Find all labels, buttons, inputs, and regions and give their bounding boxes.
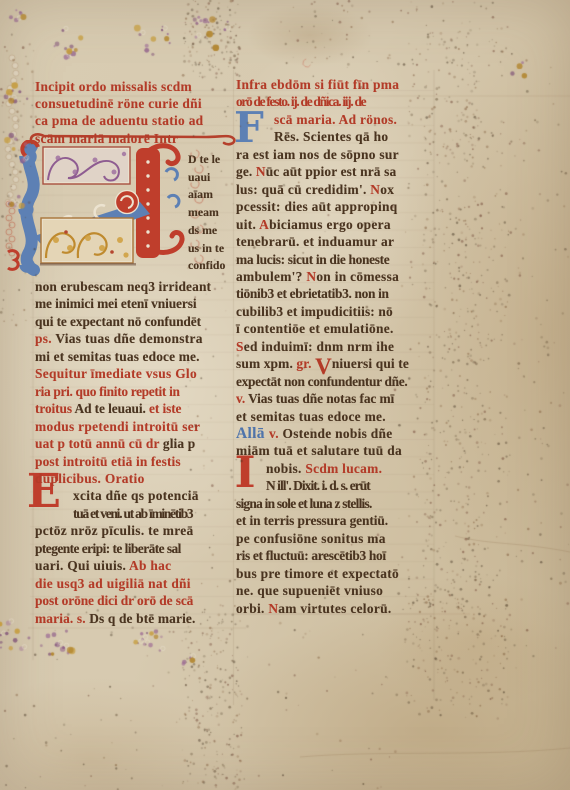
text-line: ria pri. quo finito repetit in: [35, 383, 180, 400]
text-line: v. Vias tuas dñe notas fac mī: [236, 390, 394, 407]
text-line: post introitū etiā in festis: [35, 453, 181, 470]
text-line: Sequitur īmediate vsus Glo: [35, 365, 197, 382]
text-line: qui te expectant nō confundēt: [35, 313, 201, 330]
text-line: orbi. Nam virtutes celorū.: [236, 600, 391, 617]
text-line: us in te: [188, 240, 224, 256]
text-line: tuā et veni. ut ab īminētib3: [73, 505, 192, 522]
manuscript-page: E F I Incipit ordo missalis scdmconsuetu…: [0, 0, 570, 790]
text-line: nobis. Scdm lucam.: [266, 460, 382, 477]
text-line: aīam: [188, 186, 213, 202]
text-line: N ill'. Dixit. i. d. s. erūt: [266, 477, 370, 494]
text-line: duplicibus. Oratio: [35, 470, 145, 487]
text-line: lus: quā cū credidim'. Nox: [236, 181, 394, 198]
text-line: meam: [188, 204, 219, 220]
text-line: Sed induimī: dnm nrm ihe: [236, 338, 394, 355]
text-line: ge. Nūc aūt ppior est nrā sa: [236, 163, 396, 180]
text-line: cubilib3 et impudicitiis: nō: [236, 303, 393, 320]
text-line: ne. que supueniēt vniuso: [236, 582, 383, 599]
text-line: ris et fluctuū: arescētib3 hoī: [236, 547, 386, 564]
text-line: non erubescam neq3 irrideant: [35, 278, 211, 295]
text-line: pctōz nrōz pīculis. te mreā: [35, 522, 193, 539]
text-line: Infra ebdōm si fiūt fīn pma: [236, 76, 399, 93]
text-line: tiōnib3 et ebrietatib3. non in: [236, 285, 389, 302]
text-line: tenebrarū. et induamur ar: [236, 233, 394, 250]
text-line: uat p totū annū cū dr glia p: [35, 435, 195, 452]
text-line: ra est iam nos de sōpno sur: [236, 146, 399, 163]
text-line: signa in sole et luna z stellis.: [236, 495, 372, 512]
text-line: post orōne dici dr orō de scā: [35, 592, 193, 609]
text-line: pe confusiōne sonitus ma: [236, 530, 386, 547]
text-line: maria. s. Ds q de btē marie.: [35, 610, 196, 627]
text-line: ptegente eripi: te liberāte sal: [35, 540, 181, 557]
text-line: ca pma de aduentu statio ad: [35, 112, 203, 129]
text-columns: Incipit ordo missalis scdmconsuetudinē r…: [0, 0, 570, 790]
text-line: bus pre timore et expectatō: [236, 565, 399, 582]
text-line: ī contentiōe et emulatiōne.: [236, 320, 394, 337]
text-line: uari. Qui uiuis. Ab hac: [35, 557, 171, 574]
text-line: orō de festo. ij. de dñica. iij. de: [236, 93, 365, 110]
text-line: uit. Abiciamus ergo opera: [236, 216, 391, 233]
text-line: troitus Ad te leuaui. et iste: [35, 400, 181, 417]
text-line: mi et semitas tuas edoce me.: [35, 348, 200, 365]
text-line: Allā v. Ostende nobis dñe: [236, 425, 393, 442]
text-line: et in terris pressura gentiū.: [236, 512, 388, 529]
text-line: ds me: [188, 222, 217, 238]
text-line: me inimici mei etenī vniuersi: [35, 295, 196, 312]
text-line: scā maria. Ad rönos.: [274, 111, 397, 128]
text-line: Incipit ordo missalis scdm: [35, 78, 192, 95]
text-line: die usq3 ad uigiliā nat dñi: [35, 575, 191, 592]
text-line: scām mariā maiorē Intr: [35, 130, 178, 147]
text-line: ambulem'? Non in cōmessa: [236, 268, 399, 285]
text-line: pcessit: dies aūt appropinq: [236, 198, 398, 215]
text-line: D te le: [188, 151, 220, 167]
text-line: Rēs. Scientes qā ho: [274, 128, 388, 145]
text-line: ps. Vias tuas dñe demonstra: [35, 330, 203, 347]
text-line: xcita dñe qs potenciā: [73, 487, 199, 504]
text-line: ma lucis: sicut in die honeste: [236, 251, 389, 268]
text-line: expectāt non confundentur dñe.: [236, 373, 407, 390]
text-line: modus rpetendi introitū ser: [35, 418, 200, 435]
text-line: uaui: [188, 169, 210, 185]
text-line: miām tuā et salutare tuū da: [236, 442, 402, 459]
text-line: et semitas tuas edoce me.: [236, 408, 386, 425]
text-line: consuetudinē röne curie dñi: [35, 95, 202, 112]
text-line: confido: [188, 257, 225, 273]
